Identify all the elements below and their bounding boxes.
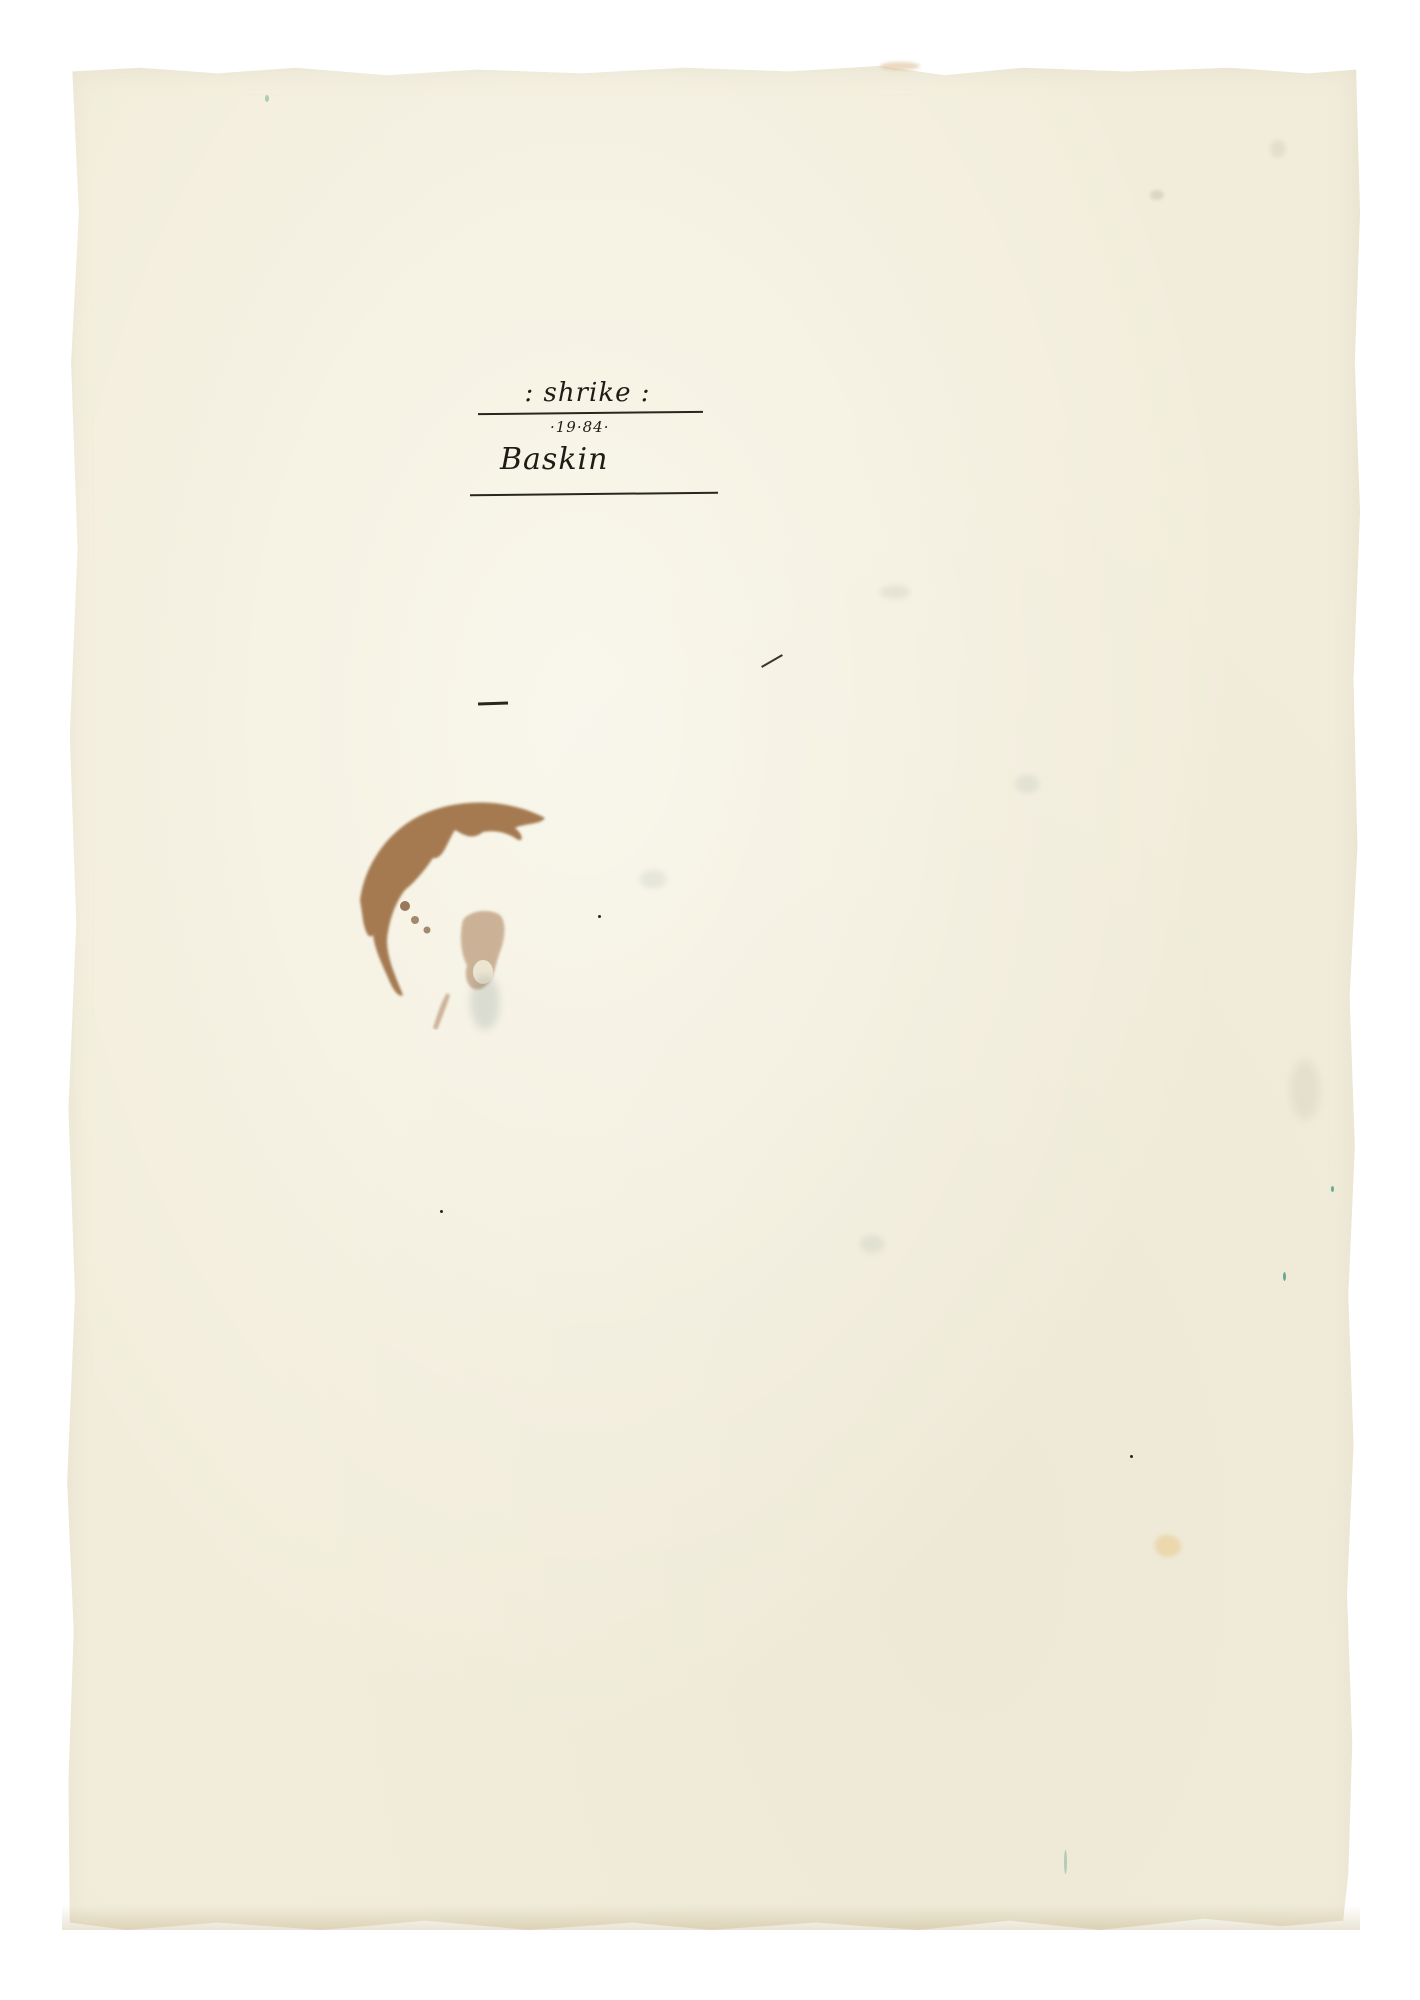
inscription-year: ·19·84· [550,418,609,436]
inscription: : shrike : ·19·84· Baskin [470,370,720,500]
underline [478,411,703,415]
paper-sheet [62,64,1360,1930]
inscription-artist: Baskin [500,442,608,477]
inscription-title: : shrike : [470,378,705,408]
underline [470,492,718,497]
